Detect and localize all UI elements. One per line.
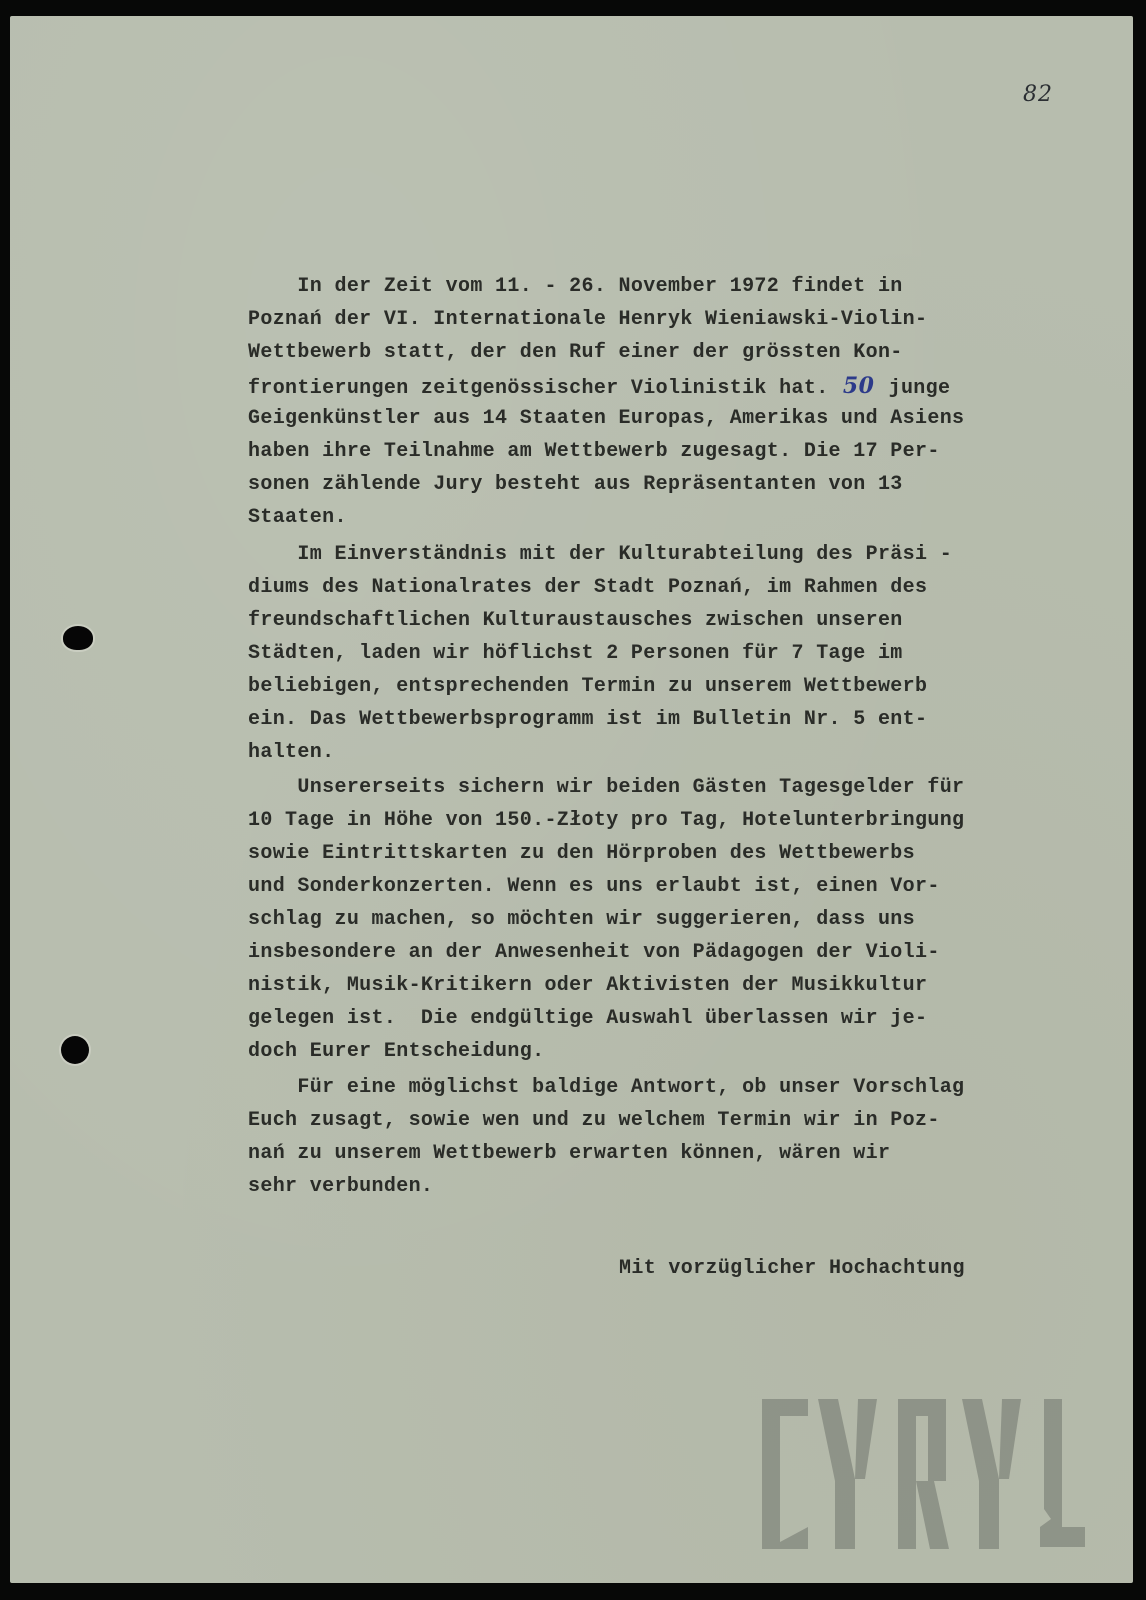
text-line: schlag zu machen, so möchten wir suggeri… [248, 908, 915, 932]
page-number: 82 [1023, 82, 1053, 107]
text-line: beliebigen, entsprechenden Termin zu uns… [248, 675, 927, 699]
text-line: halten. [248, 741, 334, 765]
text-line: nistik, Musik-Kritikern oder Aktivisten … [248, 974, 927, 998]
closing-salutation: Mit vorzüglicher Hochachtung [619, 1257, 965, 1280]
punch-hole [61, 1036, 89, 1064]
text-line: haben ihre Teilnahme am Wettbewerb zuges… [248, 440, 940, 464]
text-line: nań zu unserem Wettbewerb erwarten könne… [248, 1142, 890, 1166]
text-line-with-annotation: frontierungen zeitgenössischer Violinist… [248, 374, 950, 398]
text-line: diums des Nationalrates der Stadt Poznań… [248, 576, 927, 600]
text-line: Für eine möglichst baldige Antwort, ob u… [248, 1076, 964, 1100]
text-line: sehr verbunden. [248, 1175, 433, 1199]
punch-hole [63, 626, 93, 650]
text-line: Wettbewerb statt, der den Ruf einer der … [248, 341, 903, 365]
text-line: freundschaftlichen Kulturaustausches zwi… [248, 609, 903, 633]
text-line: sonen zählende Jury besteht aus Repräsen… [248, 473, 903, 497]
text-line: Geigenkünstler aus 14 Staaten Europas, A… [248, 407, 964, 431]
text-line: insbesondere an der Anwesenheit von Päda… [248, 941, 940, 965]
document-page: 82 In der Zeit vom 11. - 26. November 19… [10, 16, 1133, 1583]
handwritten-number: 50 [843, 374, 874, 399]
text-line: gelegen ist. Die endgültige Auswahl über… [248, 1007, 927, 1031]
text-line: Städten, laden wir höflichst 2 Personen … [248, 642, 903, 666]
text-line: In der Zeit vom 11. - 26. November 1972 … [248, 275, 903, 299]
text-segment: junge [876, 377, 950, 400]
text-line: Poznań der VI. Internationale Henryk Wie… [248, 308, 927, 332]
text-segment: frontierungen zeitgenössischer Violinist… [248, 377, 841, 400]
text-line: Euch zusagt, sowie wen und zu welchem Te… [248, 1109, 940, 1133]
letter-body: In der Zeit vom 11. - 26. November 1972 … [10, 16, 59, 867]
cyryl-watermark-logo [762, 1399, 1097, 1549]
text-line: Staaten. [248, 506, 347, 530]
text-line: Im Einverständnis mit der Kulturabteilun… [248, 543, 952, 567]
text-line: Unsererseits sichern wir beiden Gästen T… [248, 776, 964, 800]
text-line: und Sonderkonzerten. Wenn es uns erlaubt… [248, 875, 940, 899]
text-line: 10 Tage in Höhe von 150.-Złoty pro Tag, … [248, 809, 964, 833]
text-line: ein. Das Wettbewerbsprogramm ist im Bull… [248, 708, 927, 732]
text-line: doch Eurer Entscheidung. [248, 1040, 544, 1064]
text-line: sowie Eintrittskarten zu den Hörproben d… [248, 842, 915, 866]
